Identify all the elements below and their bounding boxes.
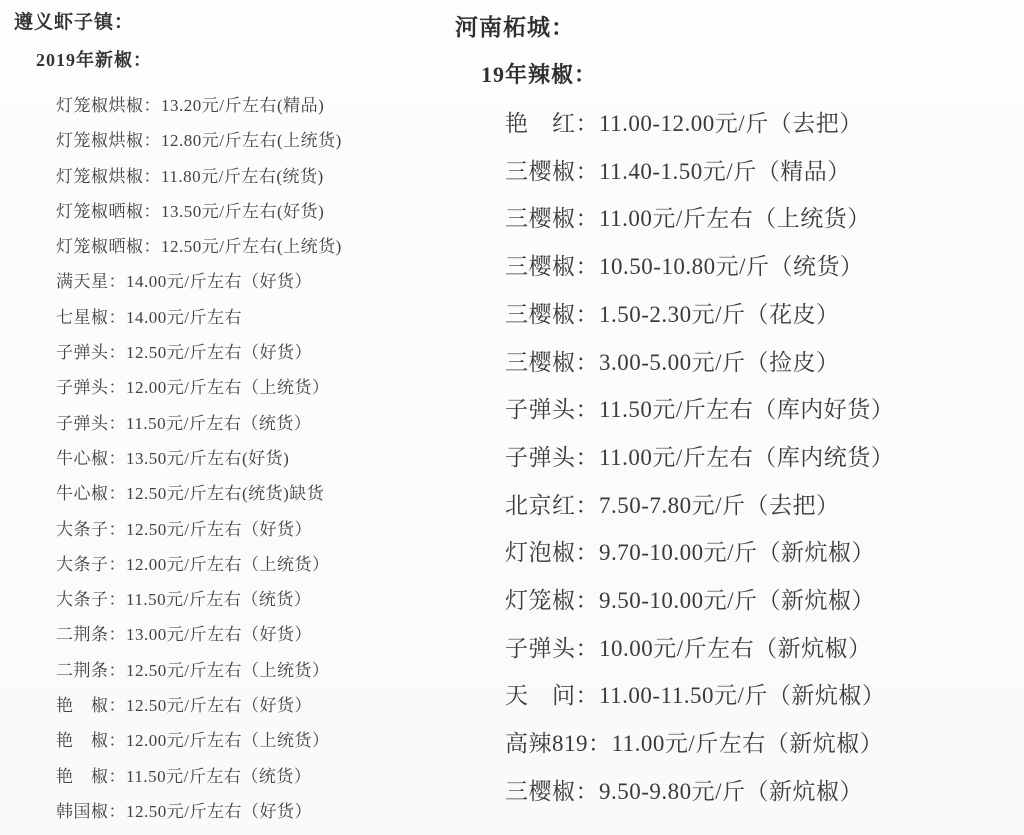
price-line: 二荆条：13.00元/斤左右（好货） [56,617,444,652]
price-list-zunyi: 灯笼椒烘椒：13.20元/斤左右(精品) 灯笼椒烘椒：12.80元/斤左右(上统… [56,88,444,829]
price-line: 三樱椒：11.00元/斤左右（上统货） [505,195,1015,243]
price-line: 灯笼椒晒椒：13.50元/斤左右(好货) [56,194,444,229]
price-line: 艳 椒：11.50元/斤左右（统货） [56,759,444,794]
section-subtitle-19-pepper: 19年辣椒： [481,60,1015,90]
price-line: 艳 椒：12.00元/斤左右（上统货） [56,723,444,758]
price-line: 子弹头：11.50元/斤左右（库内好货） [505,386,1015,434]
price-line: 子弹头：12.00元/斤左右（上统货） [56,370,444,405]
price-line: 牛心椒：12.50元/斤左右(统货)缺货 [56,476,444,511]
price-line: 三樱椒：11.40-1.50元/斤（精品） [505,148,1015,196]
price-line: 大条子：12.00元/斤左右（上统货） [56,547,444,582]
price-line: 三樱椒：1.50-2.30元/斤（花皮） [505,291,1015,339]
price-line: 灯笼椒烘椒：11.80元/斤左右(统货) [56,159,444,194]
price-line: 灯笼椒烘椒：13.20元/斤左右(精品) [56,88,444,123]
price-line: 三樱椒：10.50-10.80元/斤（统货） [505,243,1015,291]
price-line: 灯笼椒烘椒：12.80元/斤左右(上统货) [56,123,444,158]
section-subtitle-2019-new-pepper: 2019年新椒： [36,48,444,73]
price-line: 子弹头：10.00元/斤左右（新炕椒） [505,625,1015,673]
price-line: 灯笼椒晒椒：12.50元/斤左右(上统货) [56,229,444,264]
section-zunyi-xiazi: 遵义虾子镇： 2019年新椒： 灯笼椒烘椒：13.20元/斤左右(精品) 灯笼椒… [14,10,444,829]
section-title-zhecheng: 河南柘城： [455,12,1015,44]
price-line: 二荆条：12.50元/斤左右（上统货） [56,653,444,688]
price-line: 北京红：7.50-7.80元/斤（去把） [505,482,1015,530]
price-line: 子弹头：12.50元/斤左右（好货） [56,335,444,370]
price-line: 艳 椒：12.50元/斤左右（好货） [56,688,444,723]
price-line: 大条子：11.50元/斤左右（统货） [56,582,444,617]
price-line: 大条子：12.50元/斤左右（好货） [56,512,444,547]
price-line: 子弹头：11.50元/斤左右（统货） [56,406,444,441]
price-line: 满天星：14.00元/斤左右（好货） [56,264,444,299]
price-line: 高辣819：11.00元/斤左右（新炕椒） [505,720,1015,768]
price-line: 三樱椒：9.50-9.80元/斤（新炕椒） [505,768,1015,816]
price-line: 天 问：11.00-11.50元/斤（新炕椒） [505,672,1015,720]
price-line: 牛心椒：13.50元/斤左右(好货) [56,441,444,476]
price-line: 艳 红：11.00-12.00元/斤（去把） [505,100,1015,148]
price-line: 灯笼椒：9.50-10.00元/斤（新炕椒） [505,577,1015,625]
price-list-zhecheng: 艳 红：11.00-12.00元/斤（去把） 三樱椒：11.40-1.50元/斤… [505,100,1015,816]
price-line: 灯泡椒：9.70-10.00元/斤（新炕椒） [505,529,1015,577]
section-title-zunyi: 遵义虾子镇： [14,10,444,35]
price-document: 遵义虾子镇： 2019年新椒： 灯笼椒烘椒：13.20元/斤左右(精品) 灯笼椒… [0,0,1024,835]
price-line: 七星椒：14.00元/斤左右 [56,300,444,335]
price-line: 三樱椒：3.00-5.00元/斤（捡皮） [505,339,1015,387]
price-line: 韩国椒：12.50元/斤左右（好货） [56,794,444,829]
section-henan-zhecheng: 河南柘城： 19年辣椒： 艳 红：11.00-12.00元/斤（去把） 三樱椒：… [455,12,1015,816]
price-line: 子弹头：11.00元/斤左右（库内统货） [505,434,1015,482]
